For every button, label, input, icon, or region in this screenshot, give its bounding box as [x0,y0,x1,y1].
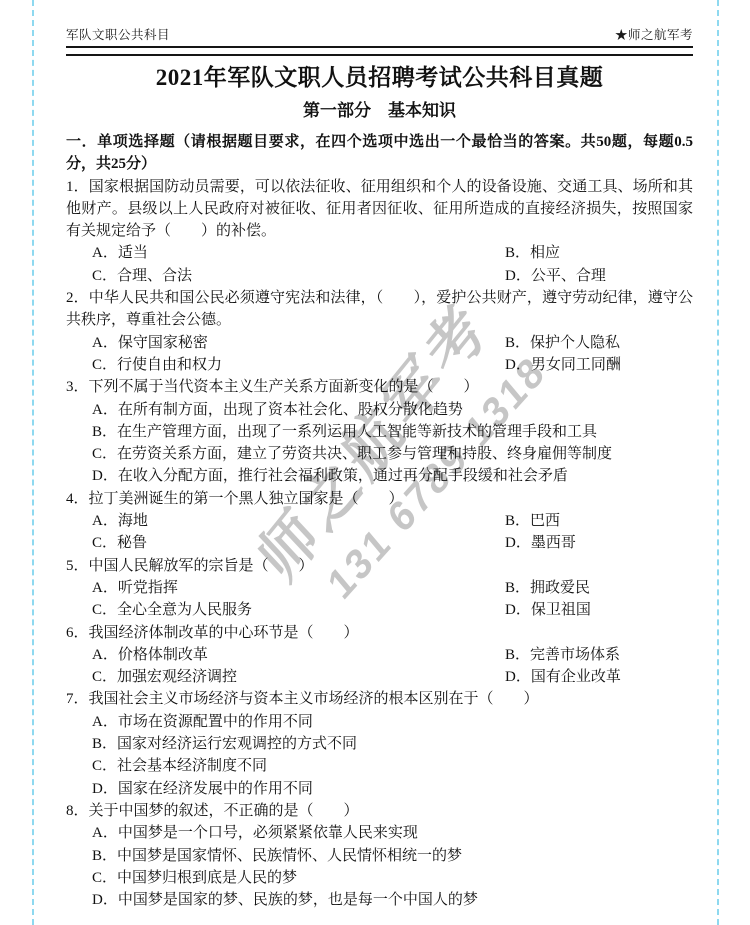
question-8-stem: 8．关于中国梦的叙述，不正确的是（ ） [66,800,693,822]
question-1-options: A．适当 B．相应 C．合理、合法 D．公平、合理 [66,242,693,287]
question-5-option-d: D．保卫祖国 [479,599,693,621]
exam-title: 2021年军队文职人员招聘考试公共科目真题 [66,63,693,92]
header-double-rule [66,46,693,56]
question-8-options: A．中国梦是一个口号，必须紧紧依靠人民来实现 B．中国梦是国家情怀、民族情怀、人… [66,822,693,911]
question-1-option-a: A．适当 [66,242,479,264]
question-5-option-c: C．全心全意为人民服务 [66,599,479,621]
question-3-options: A．在所有制方面，出现了资本社会化、股权分散化趋势 B．在生产管理方面，出现了一… [66,399,693,488]
question-8-option-d: D．中国梦是国家的梦、民族的梦，也是每一个中国人的梦 [66,889,693,911]
exam-page: 军队文职公共科目 ★师之航军考 2021年军队文职人员招聘考试公共科目真题 第一… [66,0,693,911]
instructions: 一．单项选择题（请根据题目要求，在四个选项中选出一个最恰当的答案。共50题，每题… [66,131,693,176]
question-3-option-c: C．在劳资关系方面，建立了劳资共决、职工参与管理和持股、终身雇佣等制度 [66,443,693,465]
question-3-option-a: A．在所有制方面，出现了资本社会化、股权分散化趋势 [66,399,693,421]
question-5-option-a: A．听党指挥 [66,577,479,599]
question-8-option-c: C．中国梦归根到底是人民的梦 [66,867,693,889]
question-1: 1．国家根据国防动员需要，可以依法征收、征用组织和个人的设备设施、交通工具、场所… [66,176,693,287]
question-6-option-a: A．价格体制改革 [66,644,479,666]
question-8: 8．关于中国梦的叙述，不正确的是（ ） A．中国梦是一个口号，必须紧紧依靠人民来… [66,800,693,911]
question-8-option-a: A．中国梦是一个口号，必须紧紧依靠人民来实现 [66,822,693,844]
question-4-option-c: C．秘鲁 [66,532,479,554]
question-5-stem: 5．中国人民解放军的宗旨是（ ） [66,555,693,577]
question-2-options: A．保守国家秘密 B．保护个人隐私 C．行使自由和权力 D．男女同工同酬 [66,332,693,377]
question-5: 5．中国人民解放军的宗旨是（ ） A．听党指挥 B．拥政爱民 C．全心全意为人民… [66,555,693,622]
question-6-option-c: C．加强宏观经济调控 [66,666,479,688]
question-3-option-d: D．在收入分配方面，推行社会福利政策，通过再分配手段缓和社会矛盾 [66,465,693,487]
question-6-option-b: B．完善市场体系 [479,644,693,666]
question-4-options: A．海地 B．巴西 C．秘鲁 D．墨西哥 [66,510,693,555]
question-3-stem: 3．下列不属于当代资本主义生产关系方面新变化的是（ ） [66,376,693,398]
question-7: 7．我国社会主义市场经济与资本主义市场经济的根本区别在于（ ） A．市场在资源配… [66,688,693,799]
question-1-option-c: C．合理、合法 [66,265,479,287]
question-7-options: A．市场在资源配置中的作用不同 B．国家对经济运行宏观调控的方式不同 C．社会基… [66,711,693,800]
question-6: 6．我国经济体制改革的中心环节是（ ） A．价格体制改革 B．完善市场体系 C．… [66,622,693,689]
header-right-text: ★师之航军考 [615,25,693,43]
question-1-option-b: B．相应 [479,242,693,264]
question-6-options: A．价格体制改革 B．完善市场体系 C．加强宏观经济调控 D．国有企业改革 [66,644,693,689]
question-1-stem: 1．国家根据国防动员需要，可以依法征收、征用组织和个人的设备设施、交通工具、场所… [66,176,693,243]
question-2-option-d: D．男女同工同酬 [479,354,693,376]
exam-body: 一．单项选择题（请根据题目要求，在四个选项中选出一个最恰当的答案。共50题，每题… [66,131,693,911]
question-4-option-d: D．墨西哥 [479,532,693,554]
question-4-option-a: A．海地 [66,510,479,532]
question-6-option-d: D．国有企业改革 [479,666,693,688]
question-5-option-b: B．拥政爱民 [479,577,693,599]
question-7-option-d: D．国家在经济发展中的作用不同 [66,778,693,800]
question-5-options: A．听党指挥 B．拥政爱民 C．全心全意为人民服务 D．保卫祖国 [66,577,693,622]
question-2: 2．中华人民共和国公民必须遵守宪法和法律，（ ），爱护公共财产，遵守劳动纪律，遵… [66,287,693,376]
question-6-stem: 6．我国经济体制改革的中心环节是（ ） [66,622,693,644]
question-3-option-b: B．在生产管理方面，出现了一系列运用人工智能等新技术的管理手段和工具 [66,421,693,443]
question-2-option-c: C．行使自由和权力 [66,354,479,376]
question-2-stem: 2．中华人民共和国公民必须遵守宪法和法律，（ ），爱护公共财产，遵守劳动纪律，遵… [66,287,693,332]
question-7-stem: 7．我国社会主义市场经济与资本主义市场经济的根本区别在于（ ） [66,688,693,710]
question-8-option-b: B．中国梦是国家情怀、民族情怀、人民情怀相统一的梦 [66,845,693,867]
question-4-option-b: B．巴西 [479,510,693,532]
crop-line-right [717,0,719,925]
question-7-option-a: A．市场在资源配置中的作用不同 [66,711,693,733]
question-4-stem: 4．拉丁美洲诞生的第一个黑人独立国家是（ ） [66,488,693,510]
question-3: 3．下列不属于当代资本主义生产关系方面新变化的是（ ） A．在所有制方面，出现了… [66,376,693,487]
question-1-option-d: D．公平、合理 [479,265,693,287]
section-title: 第一部分 基本知识 [66,100,693,122]
question-2-option-a: A．保守国家秘密 [66,332,479,354]
header-left-text: 军队文职公共科目 [66,25,170,43]
question-4: 4．拉丁美洲诞生的第一个黑人独立国家是（ ） A．海地 B．巴西 C．秘鲁 D．… [66,488,693,555]
question-7-option-b: B．国家对经济运行宏观调控的方式不同 [66,733,693,755]
crop-line-left [32,0,34,925]
question-7-option-c: C．社会基本经济制度不同 [66,755,693,777]
page-header: 军队文职公共科目 ★师之航军考 [66,0,693,43]
question-2-option-b: B．保护个人隐私 [479,332,693,354]
